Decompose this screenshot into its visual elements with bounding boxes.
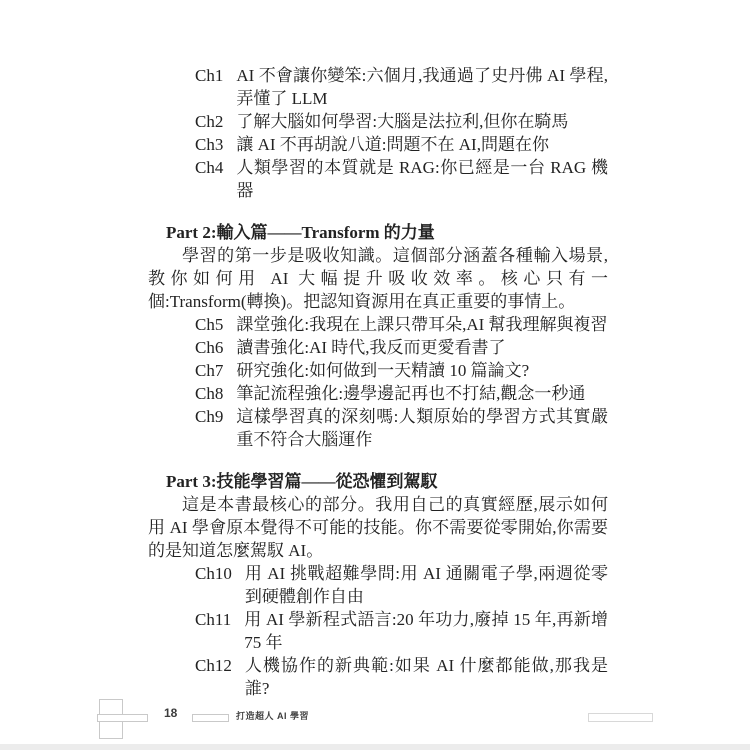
part2-intro: 學習的第一步是吸收知識。這個部分涵蓋各種輸入場景,教你如何用 AI 大幅提升吸收… xyxy=(148,244,608,313)
chapter-label: Ch11 xyxy=(195,608,231,654)
page-bottom-edge xyxy=(0,744,750,750)
chapter-title: 筆記流程強化:邊學邊記再也不打結,觀念一秒通 xyxy=(236,382,608,405)
chapter-title: 用 AI 學新程式語言:20 年功力,廢掉 15 年,再新增 75 年 xyxy=(244,608,608,654)
toc-chapter-item: Ch6 讀書強化:AI 時代,我反而更愛看書了 xyxy=(195,336,608,359)
chapter-title: 人類學習的本質就是 RAG:你已經是一台 RAG 機器 xyxy=(236,156,608,202)
toc-chapter-item: Ch12 人機協作的新典範:如果 AI 什麼都能做,那我是誰? xyxy=(195,654,608,700)
chapter-title: 讀書強化:AI 時代,我反而更愛看書了 xyxy=(236,336,608,359)
chapter-label: Ch10 xyxy=(195,562,232,608)
part3-section: Part 3:技能學習篇——從恐懼到駕馭 這是本書最核心的部分。我用自己的真實經… xyxy=(148,470,608,700)
chapter-title: 研究強化:如何做到一天精讀 10 篇論文? xyxy=(236,359,608,382)
chapter-label: Ch3 xyxy=(195,133,223,156)
toc-chapter-item: Ch7 研究強化:如何做到一天精讀 10 篇論文? xyxy=(195,359,608,382)
part3-intro: 這是本書最核心的部分。我用自己的真實經歷,展示如何用 AI 學會原本覺得不可能的… xyxy=(148,493,608,562)
part2-chapter-list: Ch5 課堂強化:我現在上課只帶耳朵,AI 幫我理解與複習 Ch6 讀書強化:A… xyxy=(148,313,608,451)
toc-chapter-item: Ch9 這樣學習真的深刻嗎:人類原始的學習方式其實嚴重不符合大腦運作 xyxy=(195,405,608,451)
chapter-title: 這樣學習真的深刻嗎:人類原始的學習方式其實嚴重不符合大腦運作 xyxy=(236,405,608,451)
toc-chapter-item: Ch8 筆記流程強化:邊學邊記再也不打結,觀念一秒通 xyxy=(195,382,608,405)
chapter-label: Ch4 xyxy=(195,156,223,202)
footer-ornament-small-box xyxy=(192,714,229,722)
chapter-label: Ch12 xyxy=(195,654,232,700)
chapter-label: Ch1 xyxy=(195,64,223,110)
part1-chapter-list: Ch1 AI 不會讓你變笨:六個月,我通過了史丹佛 AI 學程,弄懂了 LLM … xyxy=(148,64,608,202)
footer-ornament-right-box xyxy=(588,713,653,722)
chapter-title: 讓 AI 不再胡說八道:問題不在 AI,問題在你 xyxy=(236,133,608,156)
chapter-title: 了解大腦如何學習:大腦是法拉利,但你在騎馬 xyxy=(236,110,608,133)
part3-chapter-list: Ch10 用 AI 挑戰超難學問:用 AI 通關電子學,兩週從零到硬體創作自由 … xyxy=(148,562,608,700)
toc-chapter-item: Ch2 了解大腦如何學習:大腦是法拉利,但你在騎馬 xyxy=(195,110,608,133)
chapter-label: Ch9 xyxy=(195,405,223,451)
chapter-label: Ch7 xyxy=(195,359,223,382)
toc-chapter-item: Ch11 用 AI 學新程式語言:20 年功力,廢掉 15 年,再新增 75 年 xyxy=(195,608,608,654)
page-content: Ch1 AI 不會讓你變笨:六個月,我通過了史丹佛 AI 學程,弄懂了 LLM … xyxy=(148,64,608,700)
chapter-title: 人機協作的新典範:如果 AI 什麼都能做,那我是誰? xyxy=(245,654,608,700)
toc-chapter-item: Ch5 課堂強化:我現在上課只帶耳朵,AI 幫我理解與複習 xyxy=(195,313,608,336)
part2-section: Part 2:輸入篇——Transform 的力量 學習的第一步是吸收知識。這個… xyxy=(148,221,608,451)
footer-book-title: 打造超人 AI 學習 xyxy=(236,709,309,722)
toc-chapter-item: Ch10 用 AI 挑戰超難學問:用 AI 通關電子學,兩週從零到硬體創作自由 xyxy=(195,562,608,608)
chapter-title: 課堂強化:我現在上課只帶耳朵,AI 幫我理解與複習 xyxy=(236,313,608,336)
chapter-label: Ch2 xyxy=(195,110,223,133)
chapter-label: Ch8 xyxy=(195,382,223,405)
toc-chapter-item: Ch4 人類學習的本質就是 RAG:你已經是一台 RAG 機器 xyxy=(195,156,608,202)
chapter-title: AI 不會讓你變笨:六個月,我通過了史丹佛 AI 學程,弄懂了 LLM xyxy=(236,64,608,110)
part3-heading: Part 3:技能學習篇——從恐懼到駕馭 xyxy=(148,470,608,493)
chapter-label: Ch5 xyxy=(195,313,223,336)
page-number: 18 xyxy=(164,706,177,720)
book-page: Ch1 AI 不會讓你變笨:六個月,我通過了史丹佛 AI 學程,弄懂了 LLM … xyxy=(0,0,750,750)
footer-ornament-horizontal-box xyxy=(97,714,148,722)
toc-chapter-item: Ch1 AI 不會讓你變笨:六個月,我通過了史丹佛 AI 學程,弄懂了 LLM xyxy=(195,64,608,110)
part2-heading: Part 2:輸入篇——Transform 的力量 xyxy=(148,221,608,244)
chapter-label: Ch6 xyxy=(195,336,223,359)
chapter-title: 用 AI 挑戰超難學問:用 AI 通關電子學,兩週從零到硬體創作自由 xyxy=(245,562,608,608)
toc-chapter-item: Ch3 讓 AI 不再胡說八道:問題不在 AI,問題在你 xyxy=(195,133,608,156)
